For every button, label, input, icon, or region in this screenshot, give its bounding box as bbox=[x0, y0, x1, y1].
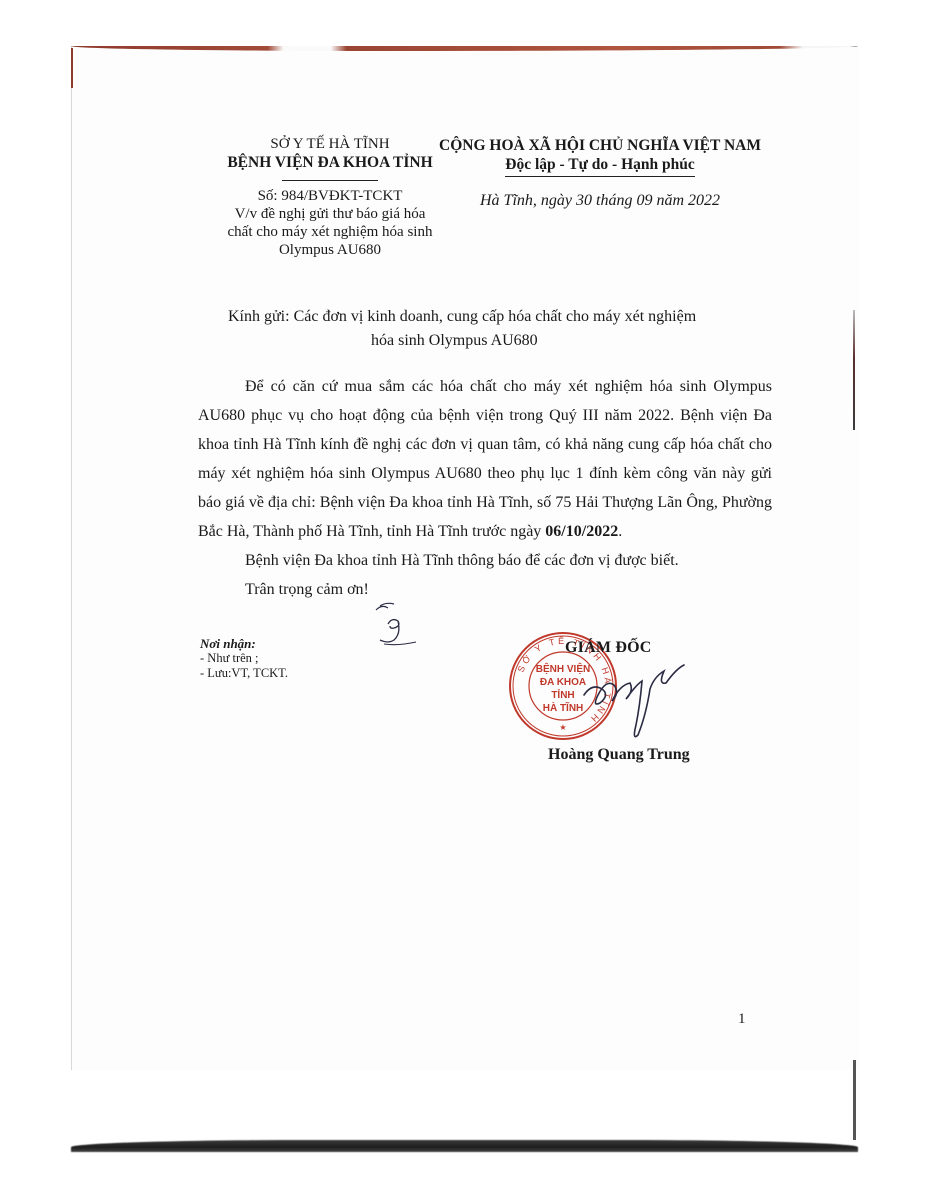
national-motto: Độc lập - Tự do - Hạnh phúc bbox=[505, 155, 694, 177]
deadline-date: 06/10/2022 bbox=[545, 523, 618, 540]
handwritten-signature-icon bbox=[580, 655, 700, 745]
place-date: Hà Tĩnh, ngày 30 tháng 09 năm 2022 bbox=[420, 191, 780, 211]
handwritten-initial-icon bbox=[368, 600, 418, 650]
national-header: CỘNG HOÀ XÃ HỘI CHỦ NGHĨA VIỆT NAM Độc l… bbox=[420, 136, 780, 211]
nation-title: CỘNG HOÀ XÃ HỘI CHỦ NGHĨA VIỆT NAM bbox=[420, 136, 780, 155]
header-divider bbox=[282, 180, 378, 181]
recipient-block: Kính gửi: Các đơn vị kinh doanh, cung cấ… bbox=[228, 305, 788, 353]
distribution-item: - Lưu:VT, TCKT. bbox=[200, 666, 288, 681]
page-number: 1 bbox=[738, 1011, 746, 1028]
closing-line: Trân trọng cảm ơn! bbox=[198, 575, 772, 604]
svg-text:TỈNH: TỈNH bbox=[551, 688, 574, 701]
paper-left-edge bbox=[71, 48, 73, 88]
body-paragraph: Bệnh viện Đa khoa tỉnh Hà Tĩnh thông báo… bbox=[198, 546, 772, 575]
svg-text:★: ★ bbox=[559, 723, 566, 732]
distribution-item: - Như trên ; bbox=[200, 651, 288, 666]
recipient-line: hóa sinh Olympus AU680 bbox=[228, 329, 788, 353]
distribution-title: Nơi nhận: bbox=[200, 636, 288, 651]
letter-body: Để có căn cứ mua sắm các hóa chất cho má… bbox=[198, 372, 772, 604]
signer-name: Hoàng Quang Trung bbox=[548, 746, 690, 764]
recipient-line: Kính gửi: Các đơn vị kinh doanh, cung cấ… bbox=[228, 305, 788, 329]
subject-line: Olympus AU680 bbox=[190, 241, 470, 259]
body-paragraph: Để có căn cứ mua sắm các hóa chất cho má… bbox=[198, 372, 772, 546]
distribution-list: Nơi nhận: - Như trên ; - Lưu:VT, TCKT. bbox=[200, 636, 288, 681]
subject-line: chất cho máy xét nghiệm hóa sinh bbox=[190, 223, 470, 241]
paper-right-edge bbox=[853, 310, 855, 430]
svg-text:HÀ TĨNH: HÀ TĨNH bbox=[543, 701, 584, 714]
paper-right-edge-lower bbox=[853, 1060, 856, 1140]
paper-bottom-edge bbox=[71, 1140, 858, 1152]
